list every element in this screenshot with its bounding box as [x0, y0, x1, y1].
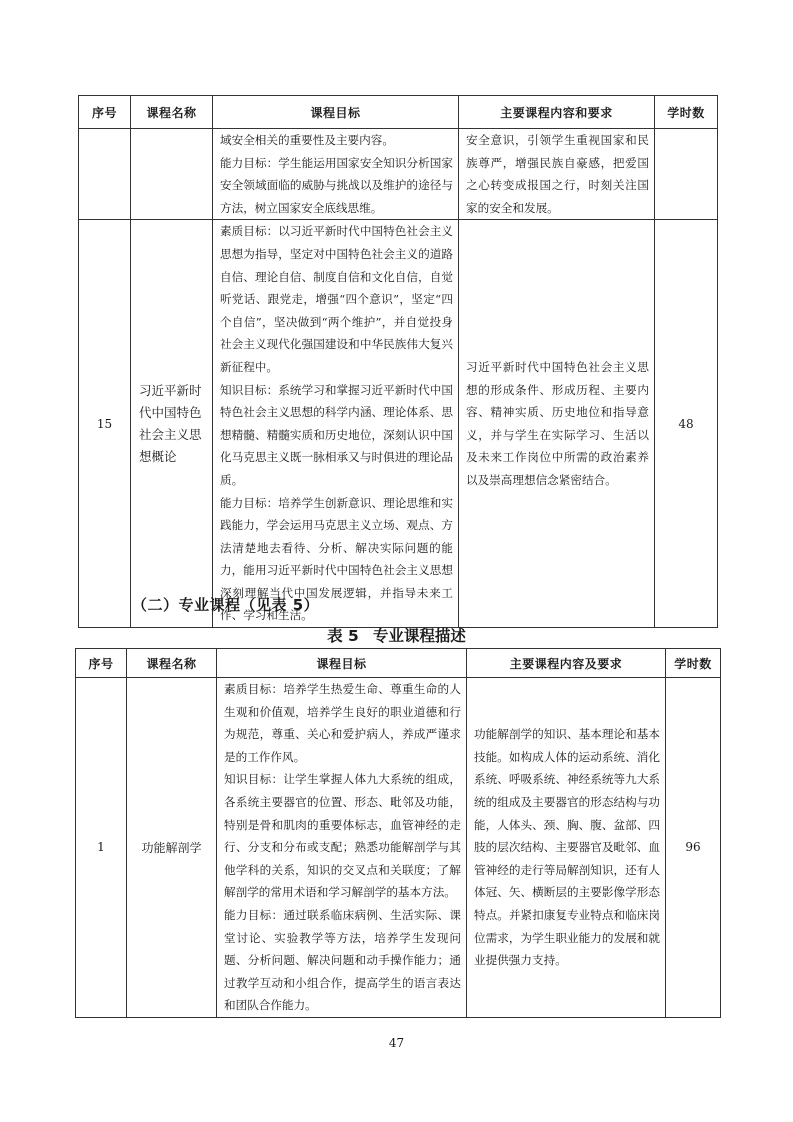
table-caption-label: 表 5: [327, 627, 359, 645]
cell-course-name: 功能解剖学: [127, 678, 217, 1018]
cell-no: [79, 129, 131, 220]
cell-course-name: 习近平新时代中国特色社会主义思想概论: [131, 220, 213, 628]
cell-objectives: 域安全相关的重要性及主要内容。 能力目标：学生能运用国家安全知识分析国家安全领域…: [213, 129, 459, 220]
header-hours: 学时数: [655, 96, 718, 129]
header-course-name: 课程名称: [127, 649, 217, 678]
table-row: 15 习近平新时代中国特色社会主义思想概论 素质目标：以习近平新时代中国特色社会…: [79, 220, 718, 628]
cell-no: 1: [76, 678, 127, 1018]
section-heading: （二）专业课程（见表 5）: [132, 594, 319, 615]
cell-content: 功能解剖学的知识、基本理论和基本技能。如构成人体的运动系统、消化系统、呼吸系统、…: [467, 678, 666, 1018]
objective-paragraph: 能力目标：通过联系临床病例、生活实际、课堂讨论、实验教学等方法，培养学生发现问题…: [224, 904, 461, 1017]
cell-hours: 48: [655, 220, 718, 628]
header-no: 序号: [76, 649, 127, 678]
objective-paragraph: 能力目标：学生能运用国家安全知识分析国家安全领域面临的威胁与挑战以及维护的途径与…: [220, 152, 453, 220]
cell-content: 习近平新时代中国特色社会主义思想的形成条件、形成历程、主要内容、精神实质、历史地…: [459, 220, 655, 628]
cell-hours: 96: [666, 678, 721, 1018]
header-objectives: 课程目标: [217, 649, 467, 678]
header-content: 主要课程内容和要求: [459, 96, 655, 129]
objective-paragraph: 素质目标：以习近平新时代中国特色社会主义思想为指导，坚定对中国特色社会主义的道路…: [220, 220, 453, 378]
cell-hours: [655, 129, 718, 220]
cell-no: 15: [79, 220, 131, 628]
cell-objectives: 素质目标：培养学生热爱生命、尊重生命的人生观和价值观，培养学生良好的职业道德和行…: [217, 678, 467, 1018]
professional-course-table: 序号 课程名称 课程目标 主要课程内容及要求 学时数 1 功能解剖学 素质目标：…: [75, 648, 721, 1018]
cell-course-name: [131, 129, 213, 220]
header-objectives: 课程目标: [213, 96, 459, 129]
header-hours: 学时数: [666, 649, 721, 678]
table-row: 1 功能解剖学 素质目标：培养学生热爱生命、尊重生命的人生观和价值观，培养学生良…: [76, 678, 721, 1018]
header-content: 主要课程内容及要求: [467, 649, 666, 678]
page-number: 47: [0, 1036, 793, 1050]
header-no: 序号: [79, 96, 131, 129]
table-caption-title: 专业课程描述: [373, 627, 466, 645]
objective-paragraph: 域安全相关的重要性及主要内容。: [220, 129, 453, 152]
cell-objectives: 素质目标：以习近平新时代中国特色社会主义思想为指导，坚定对中国特色社会主义的道路…: [213, 220, 459, 628]
course-table-continued: 序号 课程名称 课程目标 主要课程内容和要求 学时数 域安全相关的重要性及主要内…: [78, 95, 718, 628]
table-row: 域安全相关的重要性及主要内容。 能力目标：学生能运用国家安全知识分析国家安全领域…: [79, 129, 718, 220]
table-header-row: 序号 课程名称 课程目标 主要课程内容及要求 学时数: [76, 649, 721, 678]
objective-paragraph: 知识目标：让学生掌握人体九大系统的组成，各系统主要器官的位置、形态、毗邻及功能，…: [224, 768, 461, 904]
cell-content: 安全意识，引领学生重视国家和民族尊严，增强民族自豪感，把爱国之心转变成报国之行，…: [459, 129, 655, 220]
header-course-name: 课程名称: [131, 96, 213, 129]
objective-paragraph: 素质目标：培养学生热爱生命、尊重生命的人生观和价值观，培养学生良好的职业道德和行…: [224, 678, 461, 768]
objective-paragraph: 知识目标：系统学习和掌握习近平新时代中国特色社会主义思想的科学内涵、理论体系、思…: [220, 379, 453, 492]
table-header-row: 序号 课程名称 课程目标 主要课程内容和要求 学时数: [79, 96, 718, 129]
table-caption: 表 5专业课程描述: [0, 624, 793, 646]
